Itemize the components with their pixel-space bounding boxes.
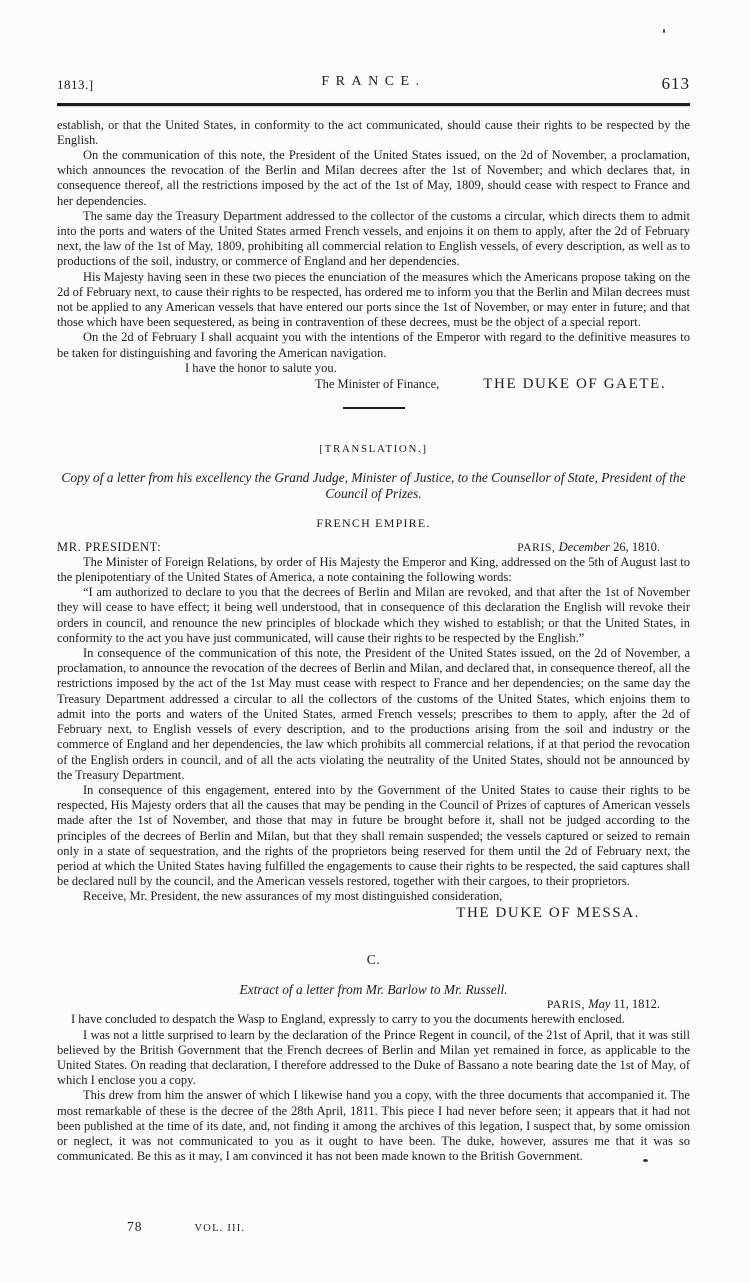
dateline-place: PARIS,	[547, 998, 585, 1011]
dateline-month: May	[588, 997, 610, 1011]
signoff-row: The Minister of Finance, THE DUKE OF GAE…	[57, 377, 690, 392]
section-divider	[343, 407, 405, 409]
dateline: PARIS, December 26, 1810.	[517, 540, 690, 555]
page-title: FRANCE.	[57, 74, 690, 90]
translation-letter: [TRANSLATION.] Copy of a letter from his…	[57, 442, 690, 920]
letter-caption: Copy of a letter from his excellency the…	[57, 470, 690, 502]
signer-name-gaete: THE DUKE OF GAETE.	[483, 377, 666, 392]
footer-signature-mark: 78	[127, 1219, 143, 1235]
letter-paragraph: The same day the Treasury Department add…	[57, 209, 690, 270]
section-c-label: C.	[57, 952, 690, 967]
dateline-rest: 11, 1812.	[614, 997, 660, 1011]
letter-paragraph: On the communication of this note, the P…	[57, 148, 690, 209]
scan-speck	[643, 1159, 648, 1162]
letter-paragraph: I was not a little surprised to learn by…	[57, 1028, 690, 1089]
letter-paragraph: In consequence of this engagement, enter…	[57, 783, 690, 889]
extract-caption: Extract of a letter from Mr. Barlow to M…	[57, 982, 690, 997]
letter-paragraph: The Minister of Foreign Relations, by or…	[57, 555, 690, 585]
letter-paragraph: establish, or that the United States, in…	[57, 118, 690, 148]
letter-gaete: establish, or that the United States, in…	[57, 118, 690, 393]
letter-paragraph: On the 2d of February I shall acquaint y…	[57, 330, 690, 360]
page-header: 1813.] FRANCE. 613	[57, 74, 690, 94]
letter-paragraph: This drew from him the answer of which I…	[57, 1088, 690, 1164]
dateline-month: December	[559, 540, 610, 554]
page-body: establish, or that the United States, in…	[57, 118, 690, 1165]
salute-line: I have the honor to salute you.	[57, 361, 690, 376]
page-footer: 78 VOL. III.	[127, 1219, 245, 1235]
salutation: MR. PRESIDENT:	[57, 540, 161, 555]
empire-heading: FRENCH EMPIRE.	[57, 516, 690, 531]
translation-label: [TRANSLATION.]	[57, 442, 690, 457]
scan-speck	[663, 29, 665, 33]
footer-volume: VOL. III.	[195, 1223, 246, 1234]
signer-title: The Minister of Finance,	[315, 377, 439, 392]
salutation-row: MR. PRESIDENT: PARIS, December 26, 1810.	[57, 540, 690, 555]
letter-paragraph: In consequence of the communication of t…	[57, 646, 690, 783]
dateline-rest: 26, 1810.	[613, 540, 660, 554]
signer-name-messa: THE DUKE OF MESSA.	[57, 906, 690, 921]
letter-paragraph: His Majesty having seen in these two pie…	[57, 270, 690, 331]
header-rule	[57, 103, 690, 106]
closing-line: Receive, Mr. President, the new assuranc…	[57, 889, 690, 904]
document-page: 1813.] FRANCE. 613 establish, or that th…	[0, 0, 750, 1283]
letter-c: C. Extract of a letter from Mr. Barlow t…	[57, 952, 690, 1165]
letter-paragraph: I have concluded to despatch the Wasp to…	[57, 1012, 690, 1027]
dateline: PARIS, May 11, 1812.	[57, 997, 690, 1012]
dateline-place: PARIS,	[517, 541, 555, 554]
letter-paragraph: “I am authorized to declare to you that …	[57, 585, 690, 646]
